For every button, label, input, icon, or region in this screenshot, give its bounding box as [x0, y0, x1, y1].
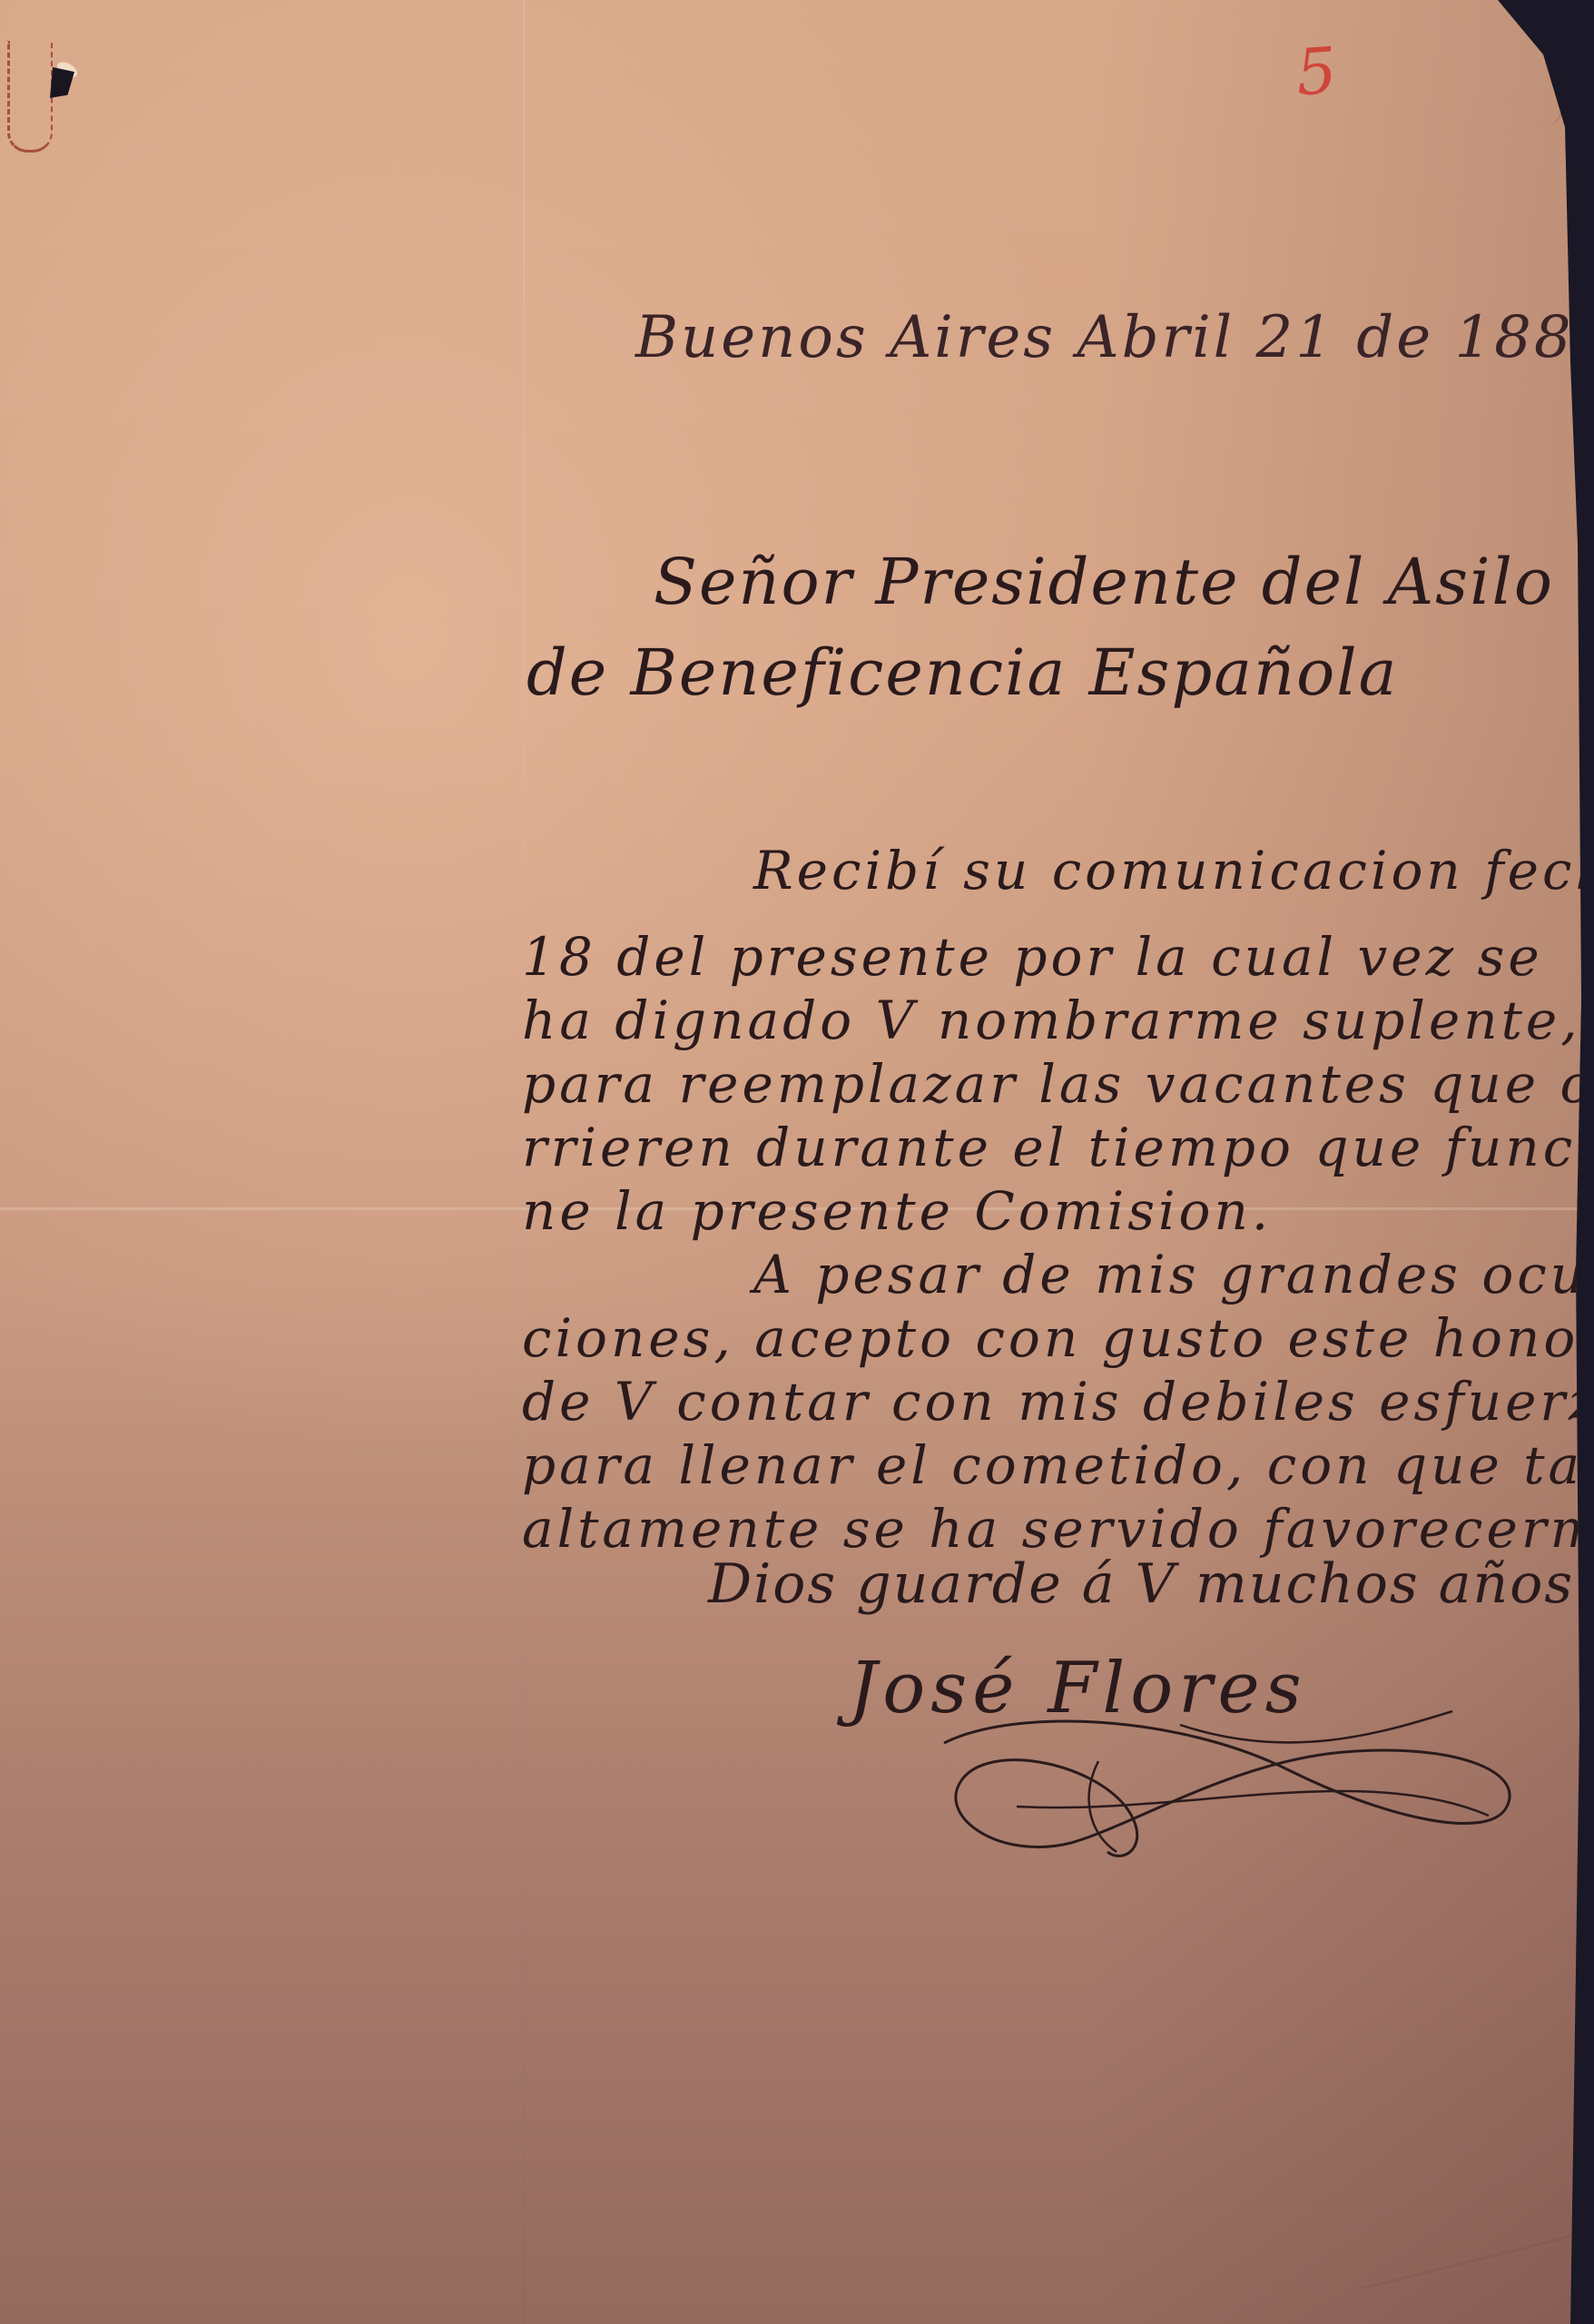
date-line: Buenos Aires Abril 21 de 1884	[635, 304, 1594, 371]
letter-paper: 5 Buenos Aires Abril 21 de 1884 Señor Pr…	[0, 0, 1581, 2324]
red-pencil-bracket-icon	[7, 41, 53, 153]
body-line: ha dignado V nombrarme suplente,	[522, 990, 1581, 1051]
salutation-line-2: de Beneficencia Española	[526, 635, 1398, 710]
document-stage: 5 Buenos Aires Abril 21 de 1884 Señor Pr…	[0, 0, 1594, 2324]
body-line: rrieren durante el tiempo que funcio-	[522, 1117, 1594, 1178]
salutation-line-1: Señor Presidente del Asilo	[654, 545, 1554, 619]
paper-corner-curl	[1459, 0, 1574, 127]
body-line: 18 del presente por la cual vez se	[522, 926, 1543, 988]
signature-rubric-icon	[908, 1707, 1525, 1870]
page-number: 5	[1294, 34, 1339, 111]
body-line: Recibí su comunicacion fecha	[753, 840, 1594, 901]
body-line: altamente se ha servido favorecerme.	[522, 1498, 1594, 1560]
body-line: de V contar con mis debiles esfuerzos	[522, 1371, 1594, 1433]
body-line: A pesar de mis grandes ocupa-	[753, 1244, 1594, 1305]
body-line: ne la presente Comision.	[522, 1180, 1272, 1242]
body-line: para reemplazar las vacantes que ocu-	[522, 1053, 1594, 1115]
body-line: para llenar el cometido, con que tan	[522, 1434, 1594, 1496]
diagonal-crease	[1362, 2230, 1591, 2290]
body-line: ciones, acepto con gusto este honor, y p…	[522, 1307, 1594, 1369]
closing-formula: Dios guarde á V muchos años	[708, 1552, 1574, 1616]
